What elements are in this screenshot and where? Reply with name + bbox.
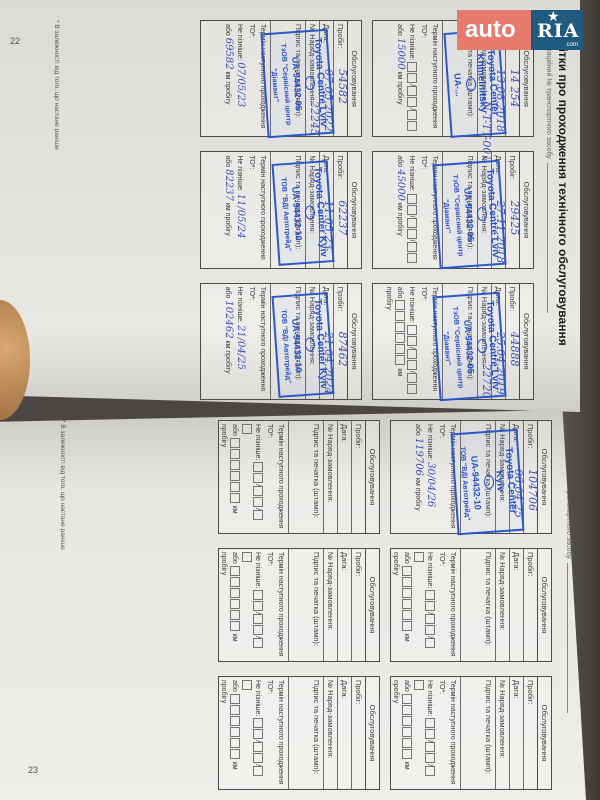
mileage-row: Пробіг:: [351, 549, 365, 661]
dealer-stamp: Toyota Center Kyiv UA-94432-10 ТОВ "ВДІ …: [271, 292, 334, 398]
card-title: Обслуговування: [365, 549, 379, 661]
card-title: Обслуговування: [537, 677, 551, 789]
toyota-logo-icon: [476, 207, 487, 222]
card-title: Обслуговування: [537, 549, 551, 661]
next-km-value: 119706: [413, 438, 424, 476]
mileage-value: 29425: [508, 200, 521, 235]
next-service-block: Термін наступного проходження ТО*: Не пі…: [388, 549, 460, 661]
mileage-row: Пробіг:29425: [505, 152, 519, 267]
toyota-logo-icon: [304, 75, 315, 90]
mileage-row: Пробіг:62237: [333, 152, 347, 267]
mileage-row: Пробіг:87462: [333, 284, 347, 399]
toyota-logo-icon: [305, 337, 316, 352]
next-service-block: Термін наступного проходження ТО*: Не пі…: [388, 677, 460, 789]
next-km-value: 69582: [223, 38, 234, 70]
next-date-value: 30/04/26: [425, 462, 436, 507]
service-record-card: Обслуговування Пробіг:62237 Дата:11.05.2…: [200, 151, 362, 268]
signature-row: Підпис та печатка (штамп):: [288, 677, 323, 789]
toyota-logo-icon: [466, 77, 477, 92]
next-km-value: 45000: [395, 169, 406, 201]
date-row: Дата:: [509, 677, 523, 789]
dealer-stamp: Toyota Centre Lviv UA-94432-05 ТзОВ "Сер…: [432, 291, 506, 401]
date-row: Дата:: [337, 549, 351, 661]
mileage-value: 14 254: [508, 69, 521, 108]
next-service-block: Термін наступного проходження ТО*: Не пі…: [220, 152, 270, 267]
mileage-row: Пробіг:104706: [523, 421, 537, 533]
service-sheet-bottom: Ідентифікаційний № транспортного засобу …: [66, 420, 586, 790]
mileage-row: Пробіг:: [351, 677, 365, 789]
toyota-logo-icon: [305, 206, 316, 221]
toyota-logo-icon: [476, 338, 487, 353]
book-page-top: Відмітки про проходження технічного обсл…: [0, 0, 580, 412]
mileage-row: Пробіг:54582: [333, 21, 347, 136]
order-row: № Наряд-замовлення:: [323, 549, 337, 661]
service-record-card: Обслуговування Пробіг:44888 Дата:25.04.2…: [372, 283, 534, 400]
toyota-logo-icon: [484, 475, 495, 490]
next-date-value: 11/05/24: [235, 194, 246, 239]
card-title: Обслуговування: [519, 284, 533, 399]
service-grid-top: Обслуговування Пробіг:14 254 Дата:13.08.…: [200, 20, 534, 400]
signature-row: Підпис та печатка (штамп):: [288, 421, 323, 533]
mileage-row: Пробіг:44888: [505, 284, 519, 399]
card-title: Обслуговування: [347, 21, 361, 136]
next-date-value: 21/04/25: [235, 325, 246, 370]
signature-row: Підпис та печатка (штамп):: [460, 549, 495, 661]
service-record-card: Обслуговування Пробіг: Дата: № Наряд-зам…: [218, 548, 380, 662]
service-record-card: Обслуговування Пробіг:104706 Дата:06.04.…: [390, 420, 552, 534]
signature-row: Підпис та печатка (штамп):: [460, 677, 495, 789]
book-page-bottom: Ідентифікаційний № транспортного засобу …: [0, 410, 586, 800]
watermark-auto: auto: [457, 10, 531, 50]
service-record-card: Обслуговування Пробіг:54582 Дата:07.05.2…: [200, 20, 362, 137]
footnote-bottom: * В залежності від того, що настане рані…: [59, 420, 66, 550]
next-service-block: Термін наступного проходження ТО*: Не пі…: [220, 284, 270, 399]
vin-label: Ідентифікаційний № транспортного засобу: [545, 20, 552, 313]
card-title: Обслуговування: [347, 152, 361, 267]
service-record-card: Обслуговування Пробіг:87462 Дата:21.04.2…: [200, 283, 362, 400]
service-record-card: Обслуговування Пробіг: Дата: № Наряд-зам…: [390, 548, 552, 662]
dealer-stamp: Toyota Center Kyiv UA-94432-10 ТОВ "ВДІ …: [451, 429, 525, 535]
order-row: № Наряд-замовлення:: [323, 677, 337, 789]
dealer-stamp: Toyota Center Kyiv UA-94432-10 ТОВ "ВДІ …: [271, 160, 334, 266]
next-km-value: 15000: [395, 38, 406, 70]
next-service-block: Термін наступного проходження ТО*: Не пі…: [216, 549, 288, 661]
footnote: * В залежності від того, що настане рані…: [53, 20, 60, 150]
mileage-value: 87462: [336, 332, 349, 367]
card-title: Обслуговування: [347, 284, 361, 399]
watermark-ria: ★ RIA .com: [531, 10, 583, 50]
dealer-stamp: Toyota Centre Lviv UA-94432-05 ТзОВ "Сер…: [432, 160, 506, 270]
date-row: Дата:: [337, 677, 351, 789]
next-service-block: Термін наступного проходження ТО*: Не пі…: [216, 677, 288, 789]
dealer-stamp: Toyota Centre Lviv UA-94432-05 ТзОВ "Сер…: [260, 29, 334, 139]
page-number-right: 23: [28, 765, 38, 775]
card-title: Обслуговування: [519, 152, 533, 267]
service-record-card: Обслуговування Пробіг:29425 Дата:27.11.2…: [372, 151, 534, 268]
date-row: Дата:: [337, 421, 351, 533]
service-sheet-top: Відмітки про проходження технічного обсл…: [60, 20, 580, 400]
service-record-card: Обслуговування Пробіг: Дата: № Наряд-зам…: [218, 676, 380, 790]
next-service-block: Термін наступного проходження ТО*: Не пі…: [392, 21, 442, 136]
service-grid-bottom: Обслуговування Пробіг:104706 Дата:06.04.…: [218, 420, 552, 790]
page-heading: Відмітки про проходження технічного обсл…: [556, 20, 570, 346]
autoria-watermark: auto ★ RIA .com: [457, 10, 583, 50]
mileage-row: Пробіг:: [523, 549, 537, 661]
mileage-value: 54582: [336, 69, 349, 104]
page-number-left: 22: [10, 36, 20, 46]
mileage-value: 62237: [336, 200, 349, 235]
card-title: Обслуговування: [537, 421, 551, 533]
order-row: № Наряд-замовлення:: [495, 677, 509, 789]
next-km-value: 102462: [223, 300, 234, 338]
mileage-value: 44888: [508, 332, 521, 367]
next-date-value: 07/05/23: [235, 62, 246, 107]
mileage-row: Пробіг:: [523, 677, 537, 789]
order-row: № Наряд-замовлення:: [323, 421, 337, 533]
service-record-card: Обслуговування Пробіг: Дата: № Наряд-зам…: [390, 676, 552, 790]
service-record-card: Обслуговування Пробіг: Дата: № Наряд-зам…: [218, 420, 380, 534]
mileage-row: Пробіг:: [351, 421, 365, 533]
card-title: Обслуговування: [365, 677, 379, 789]
order-row: № Наряд-замовлення:: [495, 549, 509, 661]
card-title: Обслуговування: [365, 421, 379, 533]
next-service-block: Термін наступного проходження ТО*: Не пі…: [216, 421, 288, 533]
mileage-value: 104706: [526, 469, 539, 511]
next-km-value: 82237: [223, 169, 234, 201]
signature-row: Підпис та печатка (штамп):: [288, 549, 323, 661]
date-row: Дата:: [509, 549, 523, 661]
